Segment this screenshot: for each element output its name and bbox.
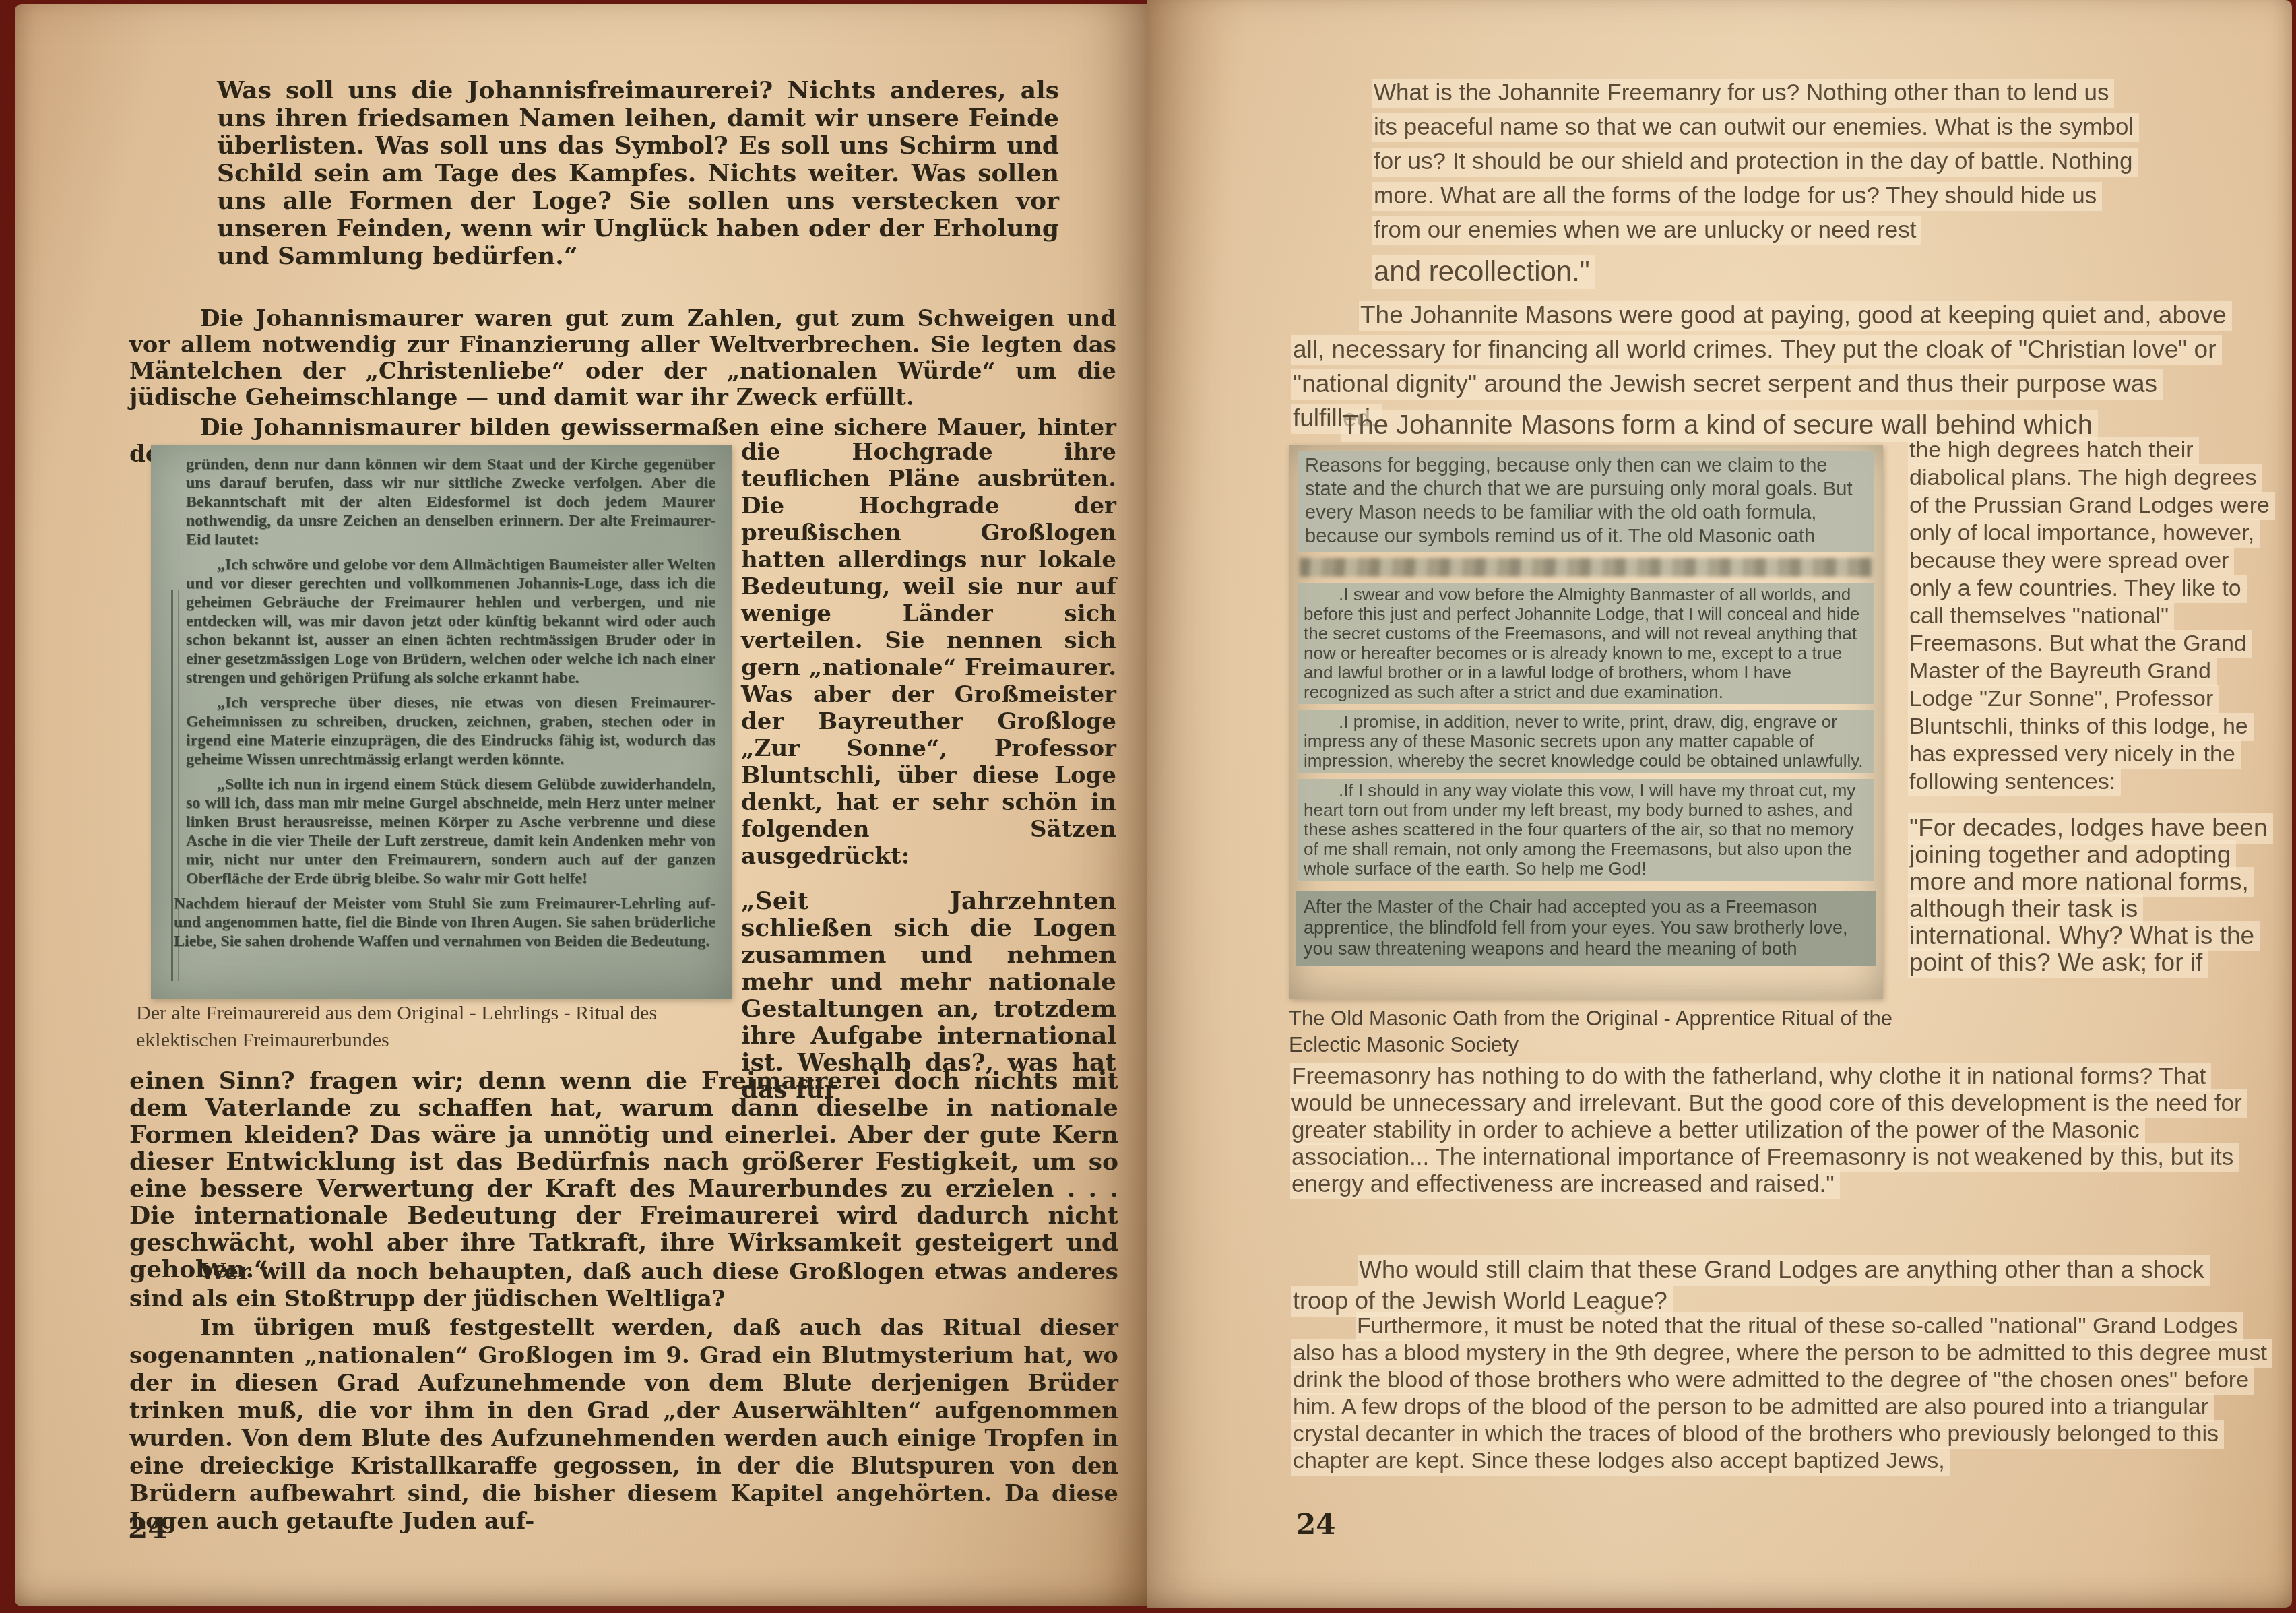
scan-oath-paragraph-2: „Ich verspreche über dieses, nie etwas v… [186, 693, 715, 769]
overlay-oath-closing: After the Master of the Chair had accept… [1296, 891, 1876, 966]
right-book-page: What is the Johannite Freemanry for us? … [1147, 0, 2292, 1608]
oath-scan-image: gründen, denn nur dann können wir dem St… [151, 445, 732, 999]
translated-paragraph-shock-troop: Who would still claim that these Grand L… [1291, 1255, 2262, 1317]
scan-margin-rule [171, 590, 179, 981]
overlay-oath-paragraph-1: .I swear and vow before the Almighty Ban… [1298, 583, 1874, 704]
translated-paragraph-blood-ritual-text: Furthermore, it must be noted that the r… [1291, 1312, 2272, 1476]
translated-column-quote: "For decades, lodges have been joining t… [1908, 813, 2273, 978]
scan-caption: Der alte Freimaurereid aus dem Original … [136, 1000, 749, 1054]
translated-paragraph-shock-troop-text: Who would still claim that these Grand L… [1291, 1255, 2210, 1317]
translated-quote-continuation-text: Freemasonry has nothing to do with the f… [1290, 1063, 2247, 1199]
fraktur-opening-quote: Was soll uns die Johannisfreimaurerei? N… [217, 77, 1059, 270]
scan-oath-closing: Nachdem hierauf der Meister vom Stuhl Si… [174, 894, 715, 951]
page-number-left: 24 [128, 1512, 167, 1545]
translated-oath-overlay: Reasons for begging, because only then c… [1289, 445, 1883, 999]
fraktur-column: die Hochgrade ihre teuflichen Pläne ausb… [741, 439, 1116, 1103]
translated-opening-quote: What is the Johannite Freemanry for us? … [1372, 75, 2137, 288]
page-number-right: 24 [1296, 1508, 1335, 1541]
translated-opening-quote-text: What is the Johannite Freemanry for us? … [1372, 79, 2139, 245]
translated-column-text: the high degrees hatch their diabolical … [1908, 437, 2275, 796]
fraktur-column-text: die Hochgrade ihre teuflichen Pläne ausb… [741, 439, 1116, 870]
fraktur-paragraph-shock-troop: Wer will da noch behaupten, daß auch die… [129, 1259, 1118, 1312]
translated-opening-quote-tail: and recollection." [1372, 255, 1595, 289]
scan-oath-paragraph-1: „Ich schwöre und gelobe vor dem Allmächt… [186, 555, 715, 687]
translated-quote-continuation: Freemasonry has nothing to do with the f… [1290, 1063, 2260, 1198]
fraktur-paragraph-paying: Die Johannismaurer waren gut zum Zahlen,… [129, 306, 1116, 411]
scan-oath-intro: gründen, denn nur dann können wir dem St… [186, 455, 715, 549]
left-book-page: Was soll uns die Johannisfreimaurerei? N… [15, 4, 1147, 1606]
overlay-oath-paragraph-2: .I promise, in addition, never to write,… [1298, 710, 1874, 773]
noise-strip [1300, 558, 1872, 577]
translated-scan-caption: The Old Masonic Oath from the Original -… [1289, 1005, 1909, 1058]
fraktur-paragraph-blood-ritual: Im übrigen muß festgestellt werden, daß … [129, 1315, 1118, 1536]
fraktur-quote-continuation: einen Sinn? fragen wir; denn wenn die Fr… [129, 1067, 1118, 1283]
overlay-oath-intro: Reasons for begging, because only then c… [1298, 451, 1874, 552]
overlay-oath-paragraph-3: .If I should in any way violate this vow… [1298, 779, 1874, 881]
scan-oath-paragraph-3: „Sollte ich nun in irgend einem Stück di… [186, 775, 715, 888]
translated-paragraph-blood-ritual: Furthermore, it must be noted that the r… [1291, 1312, 2267, 1474]
translated-column: the high degrees hatch their diabolical … [1908, 437, 2272, 976]
